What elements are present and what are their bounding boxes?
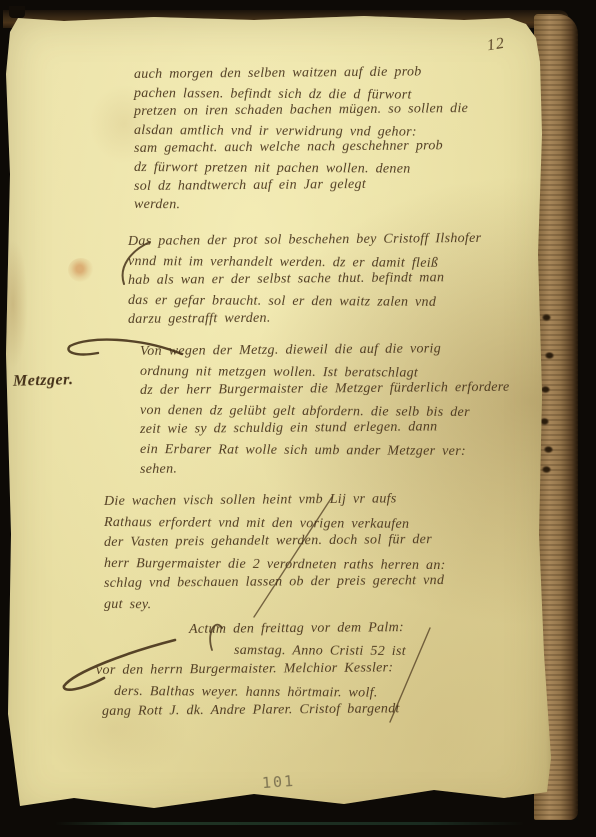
text-line: zeit wie sy dz schuldig ein stund erlege… bbox=[140, 417, 510, 440]
page-number-ink: 12 bbox=[486, 35, 507, 56]
text-line: vor den herrn Burgermaister. Melchior Ke… bbox=[96, 658, 406, 681]
text-line: auch morgen den selben waitzen auf die p… bbox=[134, 63, 468, 85]
scanned-book-photo: 12 Metzger. auch morgen den selben waitz… bbox=[0, 0, 596, 837]
binding-corner-notch bbox=[9, 6, 25, 18]
text-line: Von wegen der Metzg. dieweil die auf die… bbox=[140, 339, 510, 362]
text-line: gut sey. bbox=[104, 595, 446, 618]
text-line: schlag vnd beschauen lassen ob der preis… bbox=[104, 571, 446, 595]
text-line: der Vasten preis gehandelt werden. doch … bbox=[104, 530, 446, 554]
text-line: darzu gestrafft werden. bbox=[128, 307, 482, 330]
manuscript-page: 12 Metzger. auch morgen den selben waitz… bbox=[4, 14, 552, 820]
text-line: Das pachen der prot sol beschehen bey Cr… bbox=[128, 229, 482, 252]
margin-note: Metzger. bbox=[13, 371, 74, 391]
text-line: pretzen on iren schaden bachen mügen. so… bbox=[134, 100, 468, 122]
text-line: sol dz handtwerch auf ein Jar gelegt bbox=[134, 175, 468, 197]
ink-showthrough-mark bbox=[544, 446, 553, 453]
paragraph-1: auch morgen den selben waitzen auf die p… bbox=[134, 66, 468, 215]
text-line: sehen. bbox=[140, 456, 510, 479]
text-line: werden. bbox=[134, 196, 468, 217]
paragraph-4: Die wachen visch sollen heint vmb Lij vr… bbox=[104, 492, 446, 616]
ink-showthrough-mark bbox=[542, 314, 551, 321]
ink-showthrough-mark bbox=[541, 386, 550, 393]
paper-stain bbox=[0, 239, 28, 369]
text-line: sam gemacht. auch welche nach geschehner… bbox=[134, 137, 468, 159]
text-line: Die wachen visch sollen heint vmb Lij vr… bbox=[104, 489, 446, 513]
folio-number-pencil: 101 bbox=[261, 772, 295, 792]
paper-stain bbox=[68, 258, 94, 282]
scan-artifact-line bbox=[55, 822, 525, 825]
text-line: hab als wan er der selbst sache thut. be… bbox=[128, 268, 482, 291]
text-line: Actum den freittag vor dem Palm: bbox=[189, 618, 406, 640]
paragraph-5-dateline: Actum den freittag vor dem Palm: samstag… bbox=[94, 620, 406, 723]
text-line: gang Rott J. dk. Andre Plarer. Cristof b… bbox=[102, 700, 406, 723]
ink-showthrough-mark bbox=[542, 466, 551, 473]
ink-showthrough-mark bbox=[545, 352, 554, 359]
text-line: dz der herr Burgermaister die Metzger fü… bbox=[140, 378, 510, 401]
paragraph-2: Das pachen der prot sol beschehen bey Cr… bbox=[128, 232, 481, 330]
paragraph-3: Von wegen der Metzg. dieweil die auf die… bbox=[140, 342, 510, 479]
